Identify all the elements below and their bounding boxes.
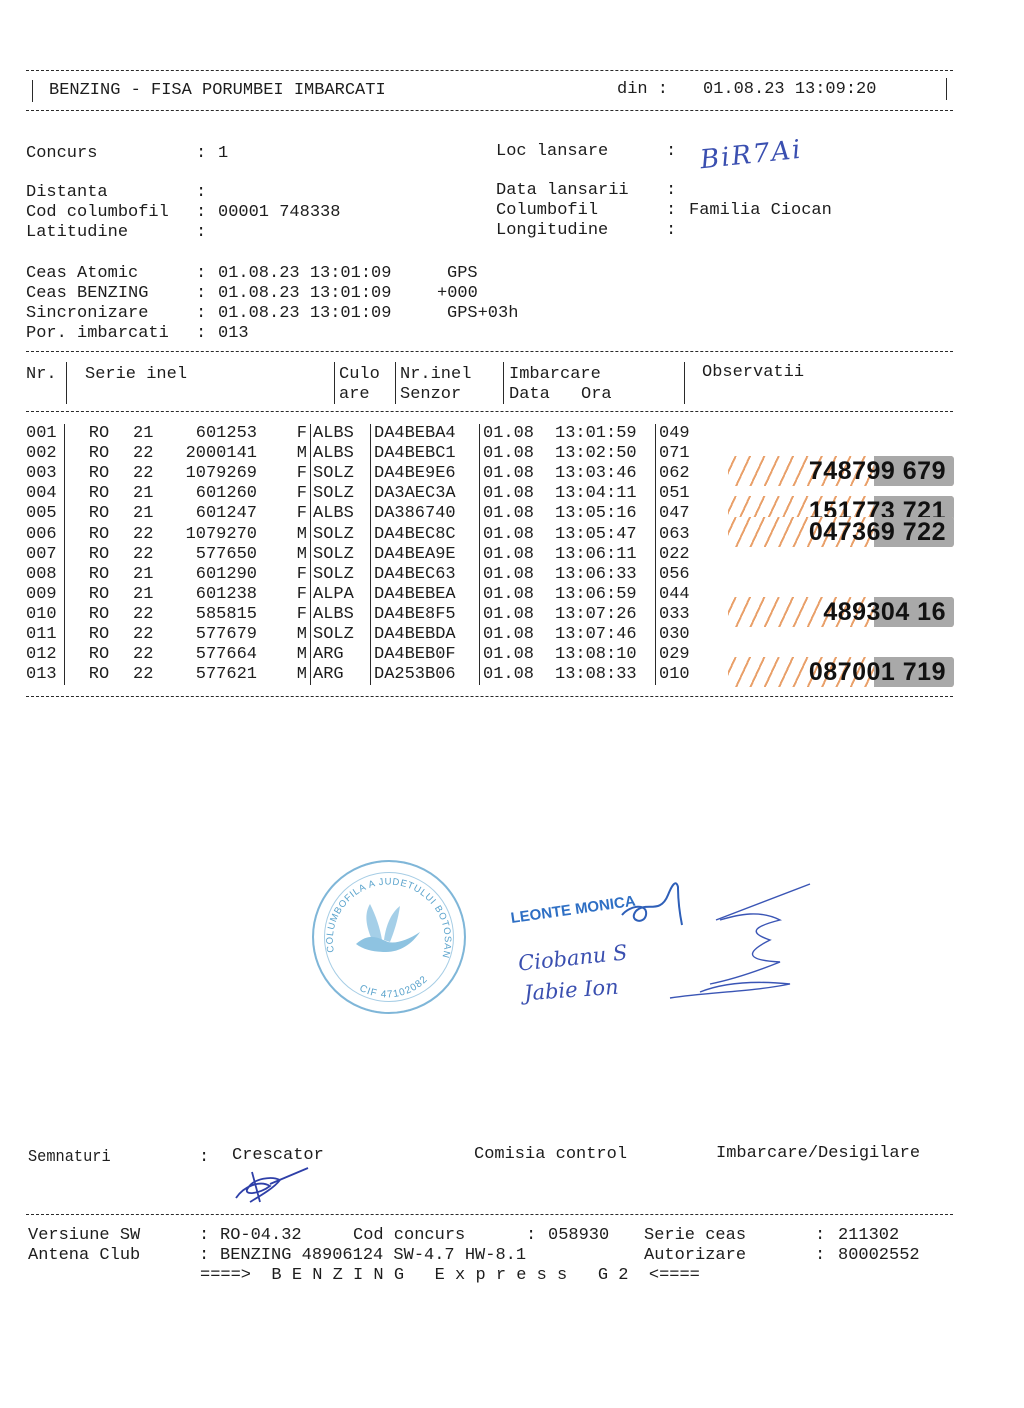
cell-date: 01.08 [480,645,556,665]
semnaturi-label: Semnaturi [28,1148,111,1168]
cell-color: ALBS [311,424,371,444]
document-title: BENZING - FISA PORUMBEI IMBARCATI [49,81,386,101]
cell-nr: 010 [26,605,65,625]
cell-observation: 051 [656,484,700,504]
header-left-border [32,80,33,102]
cell-country: RO [65,625,134,645]
cell-year: 22 [133,464,175,484]
columbofil-value: Familia Ciocan [689,201,832,221]
name-stamp-leonte-monica: LEONTE MONICA [510,893,637,927]
sincronizare-value: 01.08.23 13:01:09 [218,304,391,324]
antena-club-label: Antena Club [28,1246,140,1266]
cell-ring-number: 577679 [175,625,257,645]
header-bottom-rule [26,110,953,111]
cell-country: RO [65,645,134,665]
cell-ring-number: 1079270 [175,524,257,544]
seal-sticker: 748799 679 [728,456,954,486]
cell-sex: M [257,444,311,464]
cell-observation: 047 [656,504,700,524]
cell-ring-number: 601253 [175,424,257,444]
cell-year: 21 [133,484,175,504]
print-date-label: din : [617,80,668,100]
ceas-atomic-colon: : [196,264,206,284]
sticker-number: 748799 679 [809,458,946,485]
cell-country: RO [65,424,134,444]
cell-color: ARG [311,665,371,685]
table-bottom-rule [26,696,953,697]
col-header-nr-inel-2: Senzor [400,385,461,405]
cell-nr: 006 [26,524,65,544]
versiune-sw-value: RO-04.32 [220,1226,302,1246]
cell-color: SOLZ [311,524,371,544]
cell-date: 01.08 [480,605,556,625]
sincronizare-colon: : [196,304,206,324]
autorizare-colon: : [815,1246,825,1266]
col-header-observatii: Observatii [702,363,804,383]
cell-nr: 002 [26,444,65,464]
cell-color: ALBS [311,444,371,464]
cell-sex: F [257,504,311,524]
cell-nr: 009 [26,585,65,605]
cell-year: 22 [133,605,175,625]
cell-sensor-ring: DA386740 [371,504,480,524]
ceas-benzing-suffix: +000 [437,284,478,304]
cod-concurs-value: 058930 [548,1226,609,1246]
cell-date: 01.08 [480,565,556,585]
antena-club-value: BENZING 48906124 SW-4.7 HW-8.1 [220,1246,526,1266]
cell-ring-number: 1079269 [175,464,257,484]
semnatura-crescator-label: Crescator [232,1146,324,1166]
longitudine-label: Longitudine [496,221,608,241]
cell-date: 01.08 [480,625,556,645]
cell-sex: F [257,585,311,605]
cell-country: RO [65,524,134,544]
cell-time: 13:02:50 [555,444,656,464]
col-divider-serie [334,362,335,404]
cell-nr: 011 [26,625,65,645]
club-stamp: COLUMBOFILA A JUDETULUI BOTOSANI A U.F.C… [312,860,466,1014]
cell-year: 22 [133,545,175,565]
semnaturi-colon: : [199,1148,209,1168]
cell-year: 21 [133,424,175,444]
cell-sensor-ring: DA253B06 [371,665,480,685]
table-row: 004RO21601260FSOLZDA3AEC3A01.0813:04:110… [26,484,699,504]
col-header-ora: Ora [581,385,612,405]
cod-concurs-label: Cod concurs [353,1226,465,1246]
cell-year: 21 [133,585,175,605]
signature-scribble-2 [660,880,820,1010]
cell-country: RO [65,444,134,464]
data-lansarii-label: Data lansarii [496,181,629,201]
cell-country: RO [65,504,134,524]
cell-nr: 013 [26,665,65,685]
stamp-text-bottom: CIF 47102082 [358,974,431,1001]
cell-ring-number: 601260 [175,484,257,504]
table-row: 001RO21601253FALBSDA4BEBA401.0813:01:590… [26,424,699,444]
versiune-sw-colon: : [199,1226,209,1246]
col-header-serie-inel: Serie inel [85,365,187,385]
cell-observation: 063 [656,524,700,544]
serie-ceas-label: Serie ceas [644,1226,746,1246]
cell-color: SOLZ [311,625,371,645]
crescator-signature [230,1166,310,1206]
cell-nr: 005 [26,504,65,524]
table-header-rule [26,411,953,412]
col-header-culoare-1: Culo [339,365,380,385]
cell-sex: F [257,464,311,484]
cod-concurs-colon: : [526,1226,536,1246]
sticker-number: 047369 722 [809,519,946,546]
pigeon-table-body: 001RO21601253FALBSDA4BEBA401.0813:01:590… [26,424,699,685]
cell-observation: 056 [656,565,700,585]
cell-ring-number: 2000141 [175,444,257,464]
col-header-nr-inel-1: Nr.inel [400,365,471,385]
cell-sensor-ring: DA4BEC8C [371,524,480,544]
cod-columbofil-label: Cod columbofil [26,203,169,223]
cell-color: ALBS [311,605,371,625]
cell-nr: 012 [26,645,65,665]
cell-sex: F [257,424,311,444]
table-row: 013RO22577621MARGDA253B0601.0813:08:3301… [26,665,699,685]
cell-sex: M [257,645,311,665]
table-row: 008RO21601290FSOLZDA4BEC6301.0813:06:330… [26,565,699,585]
col-header-data: Data [509,385,550,405]
cell-ring-number: 601290 [175,565,257,585]
cell-observation: 044 [656,585,700,605]
table-row: 003RO221079269FSOLZDA4BE9E601.0813:03:46… [26,464,699,484]
col-header-imbarcare: Imbarcare [509,365,601,385]
ceas-benzing-value: 01.08.23 13:01:09 [218,284,391,304]
cell-date: 01.08 [480,444,556,464]
concurs-colon: : [196,144,206,164]
col-divider-imbarcare [684,362,685,404]
columbofil-colon: : [666,201,676,221]
serie-ceas-value: 211302 [838,1226,899,1246]
col-divider-nr [66,362,67,404]
cell-sex: M [257,524,311,544]
seal-sticker: 047369 722 [728,517,954,547]
cell-date: 01.08 [480,424,556,444]
dove-icon [352,902,424,958]
cell-sex: F [257,605,311,625]
cell-observation: 029 [656,645,700,665]
cell-sensor-ring: DA4BEBEA [371,585,480,605]
cell-sex: F [257,565,311,585]
cell-year: 21 [133,565,175,585]
distanta-label: Distanta [26,183,108,203]
cell-observation: 062 [656,464,700,484]
cell-date: 01.08 [480,665,556,685]
cell-ring-number: 577650 [175,545,257,565]
versiune-sw-label: Versiune SW [28,1226,140,1246]
cell-date: 01.08 [480,484,556,504]
cell-year: 22 [133,524,175,544]
cell-ring-number: 601238 [175,585,257,605]
sincronizare-label: Sincronizare [26,304,148,324]
cod-columbofil-value: 00001 748338 [218,203,340,223]
cell-time: 13:03:46 [555,464,656,484]
cell-year: 22 [133,665,175,685]
cell-sensor-ring: DA4BEBDA [371,625,480,645]
cell-time: 13:05:47 [555,524,656,544]
sticker-number: 489304 16 [823,599,946,626]
loc-lansare-label: Loc lansare [496,142,608,162]
table-row: 012RO22577664MARGDA4BEB0F01.0813:08:1002… [26,645,699,665]
cell-sex: M [257,625,311,645]
cell-color: ALPA [311,585,371,605]
cell-time: 13:06:59 [555,585,656,605]
table-row: 005RO21601247FALBSDA38674001.0813:05:160… [26,504,699,524]
ceas-atomic-suffix: GPS [447,264,478,284]
cell-year: 22 [133,444,175,464]
latitudine-colon: : [196,223,206,243]
table-row: 007RO22577650MSOLZDA4BEA9E01.0813:06:110… [26,545,699,565]
cell-observation: 033 [656,605,700,625]
table-row: 010RO22585815FALBSDA4BE8F501.0813:07:260… [26,605,699,625]
cell-sex: F [257,484,311,504]
cell-nr: 007 [26,545,65,565]
col-header-nr: Nr. [26,365,57,385]
pigeon-table: 001RO21601253FALBSDA4BEBA401.0813:01:590… [26,424,699,685]
cell-sensor-ring: DA4BEBA4 [371,424,480,444]
col-divider-senzor [503,362,504,404]
cell-country: RO [65,605,134,625]
cell-ring-number: 577664 [175,645,257,665]
autorizare-value: 80002552 [838,1246,920,1266]
col-header-culoare-2: are [339,385,370,405]
table-top-rule [26,351,953,352]
cell-year: 21 [133,504,175,524]
cell-time: 13:01:59 [555,424,656,444]
cell-nr: 003 [26,464,65,484]
latitudine-label: Latitudine [26,223,128,243]
cell-color: SOLZ [311,464,371,484]
columbofil-label: Columbofil [496,201,598,221]
cell-nr: 001 [26,424,65,444]
sticker-number: 087001 719 [809,659,946,686]
antena-club-colon: : [199,1246,209,1266]
cell-observation: 022 [656,545,700,565]
cell-sex: M [257,545,311,565]
cell-ring-number: 601247 [175,504,257,524]
cell-nr: 004 [26,484,65,504]
cell-date: 01.08 [480,464,556,484]
longitudine-colon: : [666,221,676,241]
cell-time: 13:06:33 [555,565,656,585]
cell-year: 22 [133,645,175,665]
seal-sticker: 087001 719 [728,657,954,687]
cell-country: RO [65,484,134,504]
ceas-benzing-label: Ceas BENZING [26,284,148,304]
cell-time: 13:08:10 [555,645,656,665]
table-row: 006RO221079270MSOLZDA4BEC8C01.0813:05:47… [26,524,699,544]
cell-country: RO [65,665,134,685]
table-row: 002RO222000141MALBSDA4BEBC101.0813:02:50… [26,444,699,464]
header-top-rule [26,70,953,71]
cell-time: 13:07:46 [555,625,656,645]
cell-country: RO [65,545,134,565]
handwritten-signature-jabie: Jabie Ion [523,975,619,1006]
sincronizare-suffix: GPS+03h [447,304,518,324]
cell-sensor-ring: DA3AEC3A [371,484,480,504]
header-right-border [946,78,947,100]
cod-columbofil-colon: : [196,203,206,223]
semnatura-imbarcare-label: Imbarcare/Desigilare [716,1144,920,1164]
table-row: 011RO22577679MSOLZDA4BEBDA01.0813:07:460… [26,625,699,645]
data-lansarii-colon: : [666,181,676,201]
loc-lansare-handwritten-value: BiR7Ai [699,135,804,176]
cell-time: 13:04:11 [555,484,656,504]
cell-sensor-ring: DA4BE9E6 [371,464,480,484]
cell-observation: 049 [656,424,700,444]
cell-color: SOLZ [311,484,371,504]
cell-sex: M [257,665,311,685]
cell-country: RO [65,464,134,484]
cell-date: 01.08 [480,585,556,605]
ceas-atomic-label: Ceas Atomic [26,264,138,284]
concurs-label: Concurs [26,144,97,164]
cell-time: 13:07:26 [555,605,656,625]
cell-observation: 071 [656,444,700,464]
cell-color: SOLZ [311,565,371,585]
cell-sensor-ring: DA4BEBC1 [371,444,480,464]
table-row: 009RO21601238FALPADA4BEBEA01.0813:06:590… [26,585,699,605]
concurs-value: 1 [218,144,228,164]
cell-observation: 030 [656,625,700,645]
cell-observation: 010 [656,665,700,685]
cell-country: RO [65,565,134,585]
cell-color: ARG [311,645,371,665]
cell-date: 01.08 [480,524,556,544]
cell-time: 13:05:16 [555,504,656,524]
autorizare-label: Autorizare [644,1246,746,1266]
semnatura-comisia-label: Comisia control [474,1145,627,1165]
col-divider-culoare [395,362,396,404]
cell-color: SOLZ [311,545,371,565]
cell-sensor-ring: DA4BEC63 [371,565,480,585]
ceas-benzing-colon: : [196,284,206,304]
print-date-value: 01.08.23 13:09:20 [703,80,876,100]
handwritten-signature-ciobanu: Ciobanu S [517,940,628,975]
por-imbarcati-value: 013 [218,324,249,344]
cell-year: 22 [133,625,175,645]
por-imbarcati-colon: : [196,324,206,344]
cell-date: 01.08 [480,545,556,565]
cell-ring-number: 577621 [175,665,257,685]
cell-sensor-ring: DA4BE8F5 [371,605,480,625]
loc-lansare-colon: : [666,142,676,162]
cell-sensor-ring: DA4BEB0F [371,645,480,665]
cell-sensor-ring: DA4BEA9E [371,545,480,565]
distanta-colon: : [196,183,206,203]
footer-rule [26,1214,953,1215]
cell-country: RO [65,585,134,605]
cell-ring-number: 585815 [175,605,257,625]
por-imbarcati-label: Por. imbarcati [26,324,169,344]
cell-nr: 008 [26,565,65,585]
seal-sticker: 489304 16 [728,597,954,627]
cell-color: ALBS [311,504,371,524]
svg-text:CIF 47102082: CIF 47102082 [358,974,431,1001]
serie-ceas-colon: : [815,1226,825,1246]
cell-time: 13:06:11 [555,545,656,565]
cell-date: 01.08 [480,504,556,524]
cell-time: 13:08:33 [555,665,656,685]
ceas-atomic-value: 01.08.23 13:01:09 [218,264,391,284]
benzing-express-banner: ====> B E N Z I N G E x p r e s s G 2 <=… [200,1266,700,1286]
